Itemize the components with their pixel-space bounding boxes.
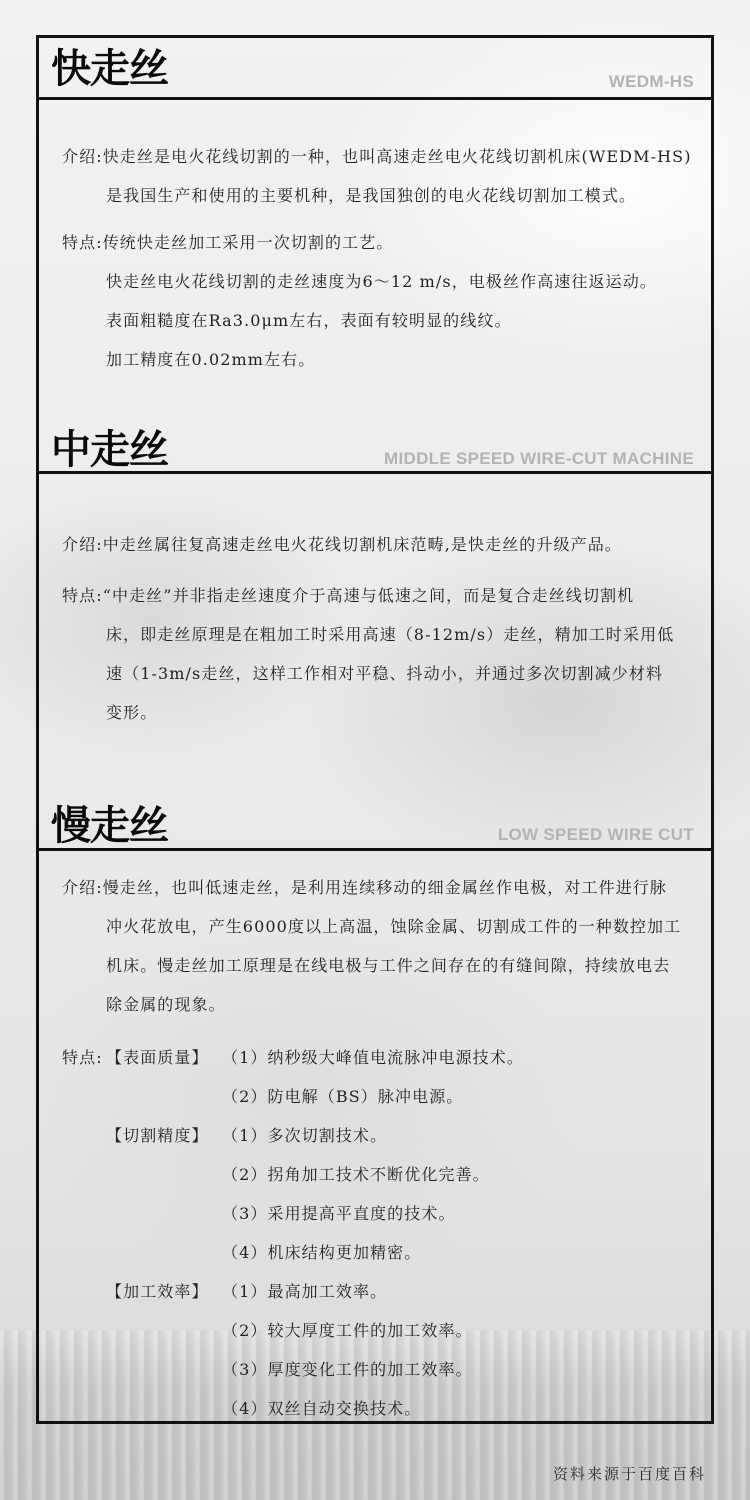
feature-line: 变形。: [62, 693, 712, 732]
feature-item: （4）双丝自动交换技术。: [222, 1389, 421, 1428]
intro-label: 介绍:: [62, 878, 103, 897]
source-credit: 资料来源于百度百科: [553, 1463, 706, 1484]
intro-label: 介绍:: [62, 535, 103, 554]
feature-row: （4）双丝自动交换技术。: [62, 1389, 712, 1428]
section-subtitle-middle-wire: MIDDLE SPEED WIRE-CUT MACHINE: [384, 450, 694, 467]
intro-line: 冲火花放电，产生6000度以上高温，蚀除金属、切割成工件的一种数控加工: [62, 907, 712, 946]
feature-row: （3）采用提高平直度的技术。: [62, 1194, 712, 1233]
features-label: 特点:: [62, 586, 103, 605]
feature-row: （2）较大厚度工件的加工效率。: [62, 1311, 712, 1350]
feature-item: （2）较大厚度工件的加工效率。: [222, 1311, 473, 1350]
intro-line: 介绍:中走丝属往复高速走丝电火花线切割机床范畴,是快走丝的升级产品。: [62, 525, 712, 564]
feature-category: 【表面质量】: [106, 1038, 209, 1077]
feature-category: 【加工效率】: [106, 1272, 209, 1311]
section-subtitle-fast-wire: WEDM-HS: [609, 73, 694, 90]
feature-row: 【加工效率】 （1）最高加工效率。: [62, 1272, 712, 1311]
section-divider: [36, 848, 714, 851]
feature-line: 特点:“中走丝”并非指走丝速度介于高速与低速之间，而是复合走丝线切割机: [62, 576, 712, 615]
feature-text: 传统快走丝加工采用一次切割的工艺。: [103, 233, 394, 252]
features-label: 特点:: [62, 1038, 103, 1077]
section-title-middle-wire: 中走丝: [51, 430, 168, 470]
feature-line: 速（1-3m/s走丝，这样工作相对平稳、抖动小，并通过多次切割减少材料: [62, 654, 712, 693]
feature-item: （2）拐角加工技术不断优化完善。: [222, 1155, 490, 1194]
intro-line: 介绍:快走丝是电火花线切割的一种，也叫高速走丝电火花线切割机床(WEDM-HS): [62, 137, 712, 176]
feature-item: （1）纳秒级大峰值电流脉冲电源技术。: [222, 1038, 524, 1077]
feature-line: 特点:传统快走丝加工采用一次切割的工艺。: [62, 223, 712, 262]
feature-row: （3）厚度变化工件的加工效率。: [62, 1350, 712, 1389]
intro-label: 介绍:: [62, 147, 103, 166]
feature-item: （2）防电解（BS）脉冲电源。: [222, 1077, 463, 1116]
features-label: 特点:: [62, 233, 103, 252]
intro-line: 机床。慢走丝加工原理是在线电极与工件之间存在的有缝间隙，持续放电去: [62, 946, 712, 985]
feature-item: （1）最高加工效率。: [222, 1272, 387, 1311]
section-divider: [36, 97, 714, 100]
section-divider: [36, 471, 714, 474]
section-title-slow-wire: 慢走丝: [51, 806, 168, 846]
section-middle-wire-body: 介绍:中走丝属往复高速走丝电火花线切割机床范畴,是快走丝的升级产品。 特点:“中…: [62, 525, 712, 732]
feature-item: （3）采用提高平直度的技术。: [222, 1194, 456, 1233]
feature-item: （4）机床结构更加精密。: [222, 1233, 421, 1272]
intro-line: 是我国生产和使用的主要机种，是我国独创的电火花线切割加工模式。: [62, 176, 712, 215]
feature-row: （2）防电解（BS）脉冲电源。: [62, 1077, 712, 1116]
feature-text: “中走丝”并非指走丝速度介于高速与低速之间，而是复合走丝线切割机: [103, 586, 635, 605]
section-title-fast-wire: 快走丝: [51, 49, 168, 89]
feature-row: （4）机床结构更加精密。: [62, 1233, 712, 1272]
feature-line: 快走丝电火花线切割的走丝速度为6～12 m/s，电极丝作高速往返运动。: [62, 262, 712, 301]
feature-item: （1）多次切割技术。: [222, 1116, 387, 1155]
intro-text: 慢走丝，也叫低速走丝，是利用连续移动的细金属丝作电极，对工件进行脉: [103, 878, 667, 897]
intro-line: 除金属的现象。: [62, 985, 712, 1024]
feature-line: 加工精度在0.02mm左右。: [62, 340, 712, 379]
section-subtitle-slow-wire: LOW SPEED WIRE CUT: [498, 826, 694, 843]
feature-row: 特点: 【表面质量】 （1）纳秒级大峰值电流脉冲电源技术。: [62, 1038, 712, 1077]
intro-text: 中走丝属往复高速走丝电火花线切割机床范畴,是快走丝的升级产品。: [103, 535, 622, 554]
section-slow-wire-body: 介绍:慢走丝，也叫低速走丝，是利用连续移动的细金属丝作电极，对工件进行脉 冲火花…: [62, 868, 712, 1428]
intro-text: 快走丝是电火花线切割的一种，也叫高速走丝电火花线切割机床(WEDM-HS): [103, 147, 692, 166]
feature-row: 【切割精度】 （1）多次切割技术。: [62, 1116, 712, 1155]
section-fast-wire-body: 介绍:快走丝是电火花线切割的一种，也叫高速走丝电火花线切割机床(WEDM-HS)…: [62, 137, 712, 379]
feature-row: （2）拐角加工技术不断优化完善。: [62, 1155, 712, 1194]
feature-line: 表面粗糙度在Ra3.0μm左右，表面有较明显的线纹。: [62, 301, 712, 340]
feature-line: 床，即走丝原理是在粗加工时采用高速（8-12m/s）走丝，精加工时采用低: [62, 615, 712, 654]
feature-item: （3）厚度变化工件的加工效率。: [222, 1350, 473, 1389]
feature-category: 【切割精度】: [106, 1116, 209, 1155]
intro-line: 介绍:慢走丝，也叫低速走丝，是利用连续移动的细金属丝作电极，对工件进行脉: [62, 868, 712, 907]
